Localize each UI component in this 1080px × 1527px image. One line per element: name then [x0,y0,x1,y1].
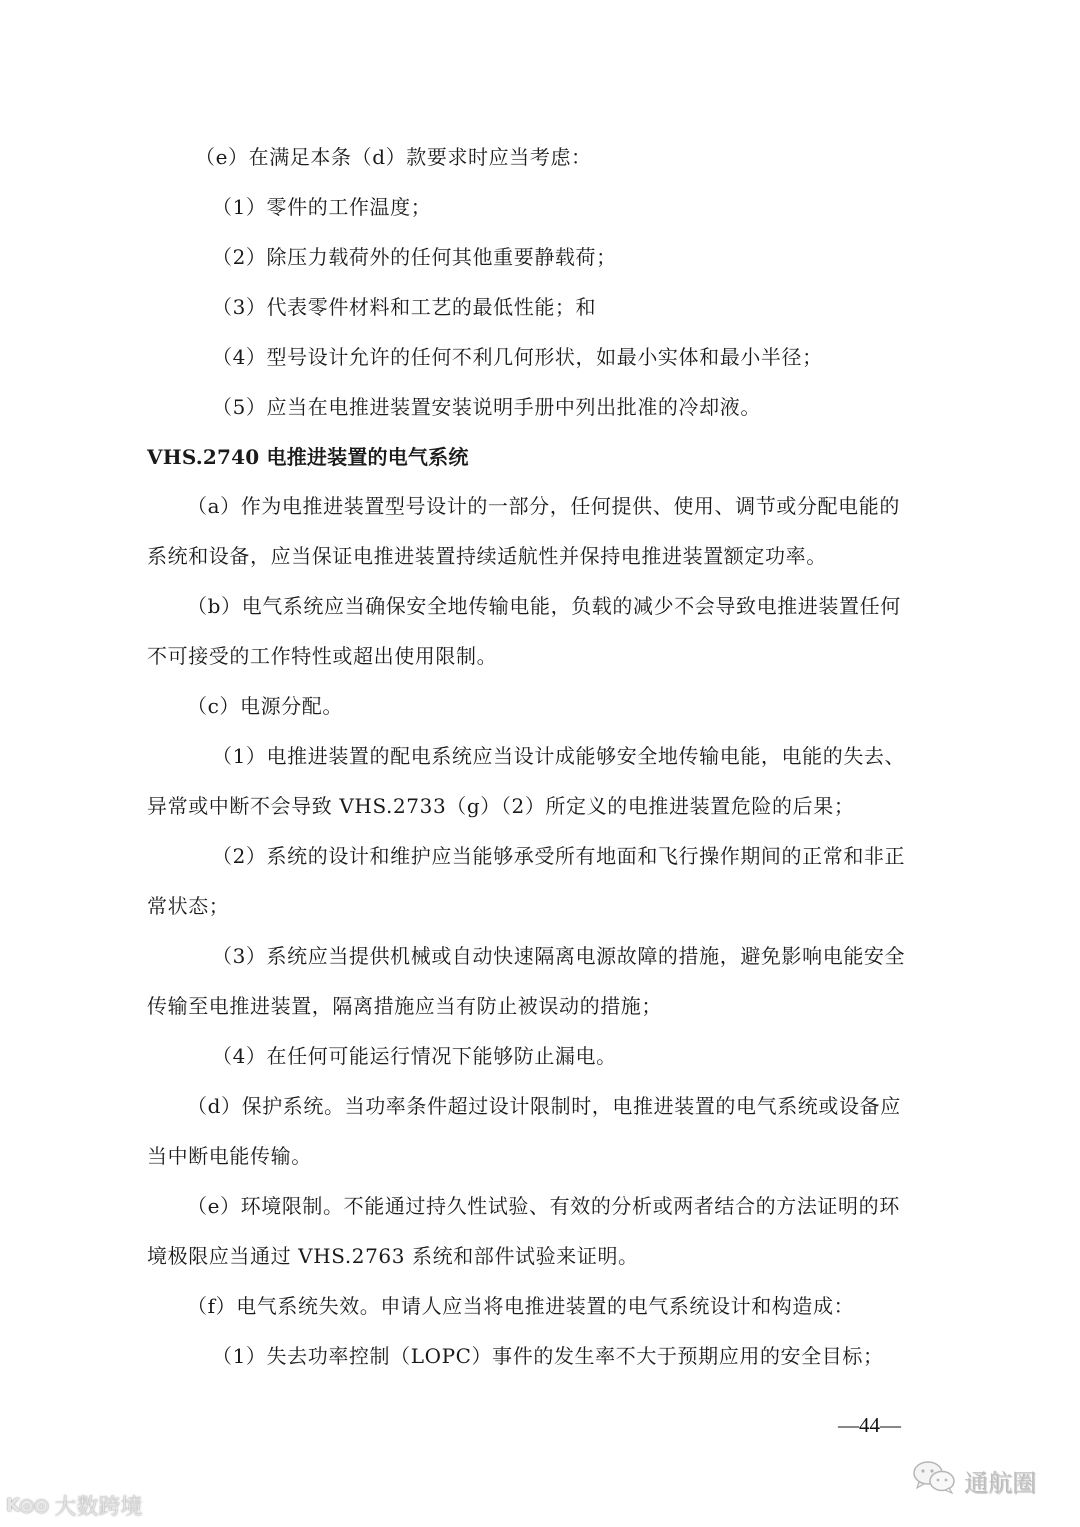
clause-e-item-2: （2）除压力载荷外的任何其他重要静载荷； [147,243,1002,271]
watermark-right-text: 通航圈 [964,1463,1036,1498]
document-page: （e）在满足本条（d）款要求时应当考虑： （1）零件的工作温度； （2）除压力载… [0,0,1080,1527]
clause-c-item-1-line-1: （1）电推进装置的配电系统应当设计成能够安全地传输电能，电能的失去、 [147,742,1002,770]
wechat-icon [912,1460,958,1500]
clause-b-line-1: （b）电气系统应当确保安全地传输电能，负载的减少不会导致电推进装置任何 [147,592,977,620]
clause-c-item-1-line-2: 异常或中断不会导致 VHS.2733（g）（2）所定义的电推进装置危险的后果； [147,792,937,820]
clause-e2-line-1: （e）环境限制。不能通过持久性试验、有效的分析或两者结合的方法证明的环 [147,1192,977,1220]
clause-c-item-2-line-1: （2）系统的设计和维护应当能够承受所有地面和飞行操作期间的正常和非正 [147,842,1002,870]
clause-e-item-4: （4）型号设计允许的任何不利几何形状，如最小实体和最小半径； [147,343,1002,371]
clause-b-line-2: 不可接受的工作特性或超出使用限制。 [147,642,937,670]
clause-e-intro: （e）在满足本条（d）款要求时应当考虑： [147,143,985,171]
clause-e2-line-2: 境极限应当通过 VHS.2763 系统和部件试验来证明。 [147,1242,937,1270]
clause-c-item-3-line-1: （3）系统应当提供机械或自动快速隔离电源故障的措施，避免影响电能安全 [147,942,1002,970]
page-number: —44— [838,1412,901,1438]
dashu-logo-icon: K◎◎ [6,1495,48,1516]
clause-d-line-2: 当中断电能传输。 [147,1142,937,1170]
clause-a-line-2: 系统和设备，应当保证电推进装置持续适航性并保持电推进装置额定功率。 [147,542,937,570]
clause-e-item-1: （1）零件的工作温度； [147,193,1002,221]
clause-d-line-1: （d）保护系统。当功率条件超过设计限制时，电推进装置的电气系统或设备应 [147,1092,977,1120]
clause-a-line-1: （a）作为电推进装置型号设计的一部分，任何提供、使用、调节或分配电能的 [147,492,977,520]
clause-c-title: （c）电源分配。 [147,692,977,720]
watermark-left-text: 大数跨境 [54,1490,142,1521]
clause-c-item-4: （4）在任何可能运行情况下能够防止漏电。 [147,1042,1002,1070]
clause-f-intro: （f）电气系统失效。申请人应当将电推进装置的电气系统设计和构造成： [147,1292,977,1320]
watermark-tonghangquan: 通航圈 [912,1460,1036,1500]
clause-c-item-3-line-2: 传输至电推进装置，隔离措施应当有防止被误动的措施； [147,992,937,1020]
clause-e-item-3: （3）代表零件材料和工艺的最低性能；和 [147,293,1002,321]
watermark-dashu-kuajing: K◎◎ 大数跨境 [6,1490,142,1521]
clause-f-item-1: （1）失去功率控制（LOPC）事件的发生率不大于预期应用的安全目标； [147,1342,1002,1370]
clause-c-item-2-line-2: 常状态； [147,892,937,920]
section-heading: VHS.2740 电推进装置的电气系统 [147,443,937,471]
clause-e-item-5: （5）应当在电推进装置安装说明手册中列出批准的冷却液。 [147,393,1002,421]
